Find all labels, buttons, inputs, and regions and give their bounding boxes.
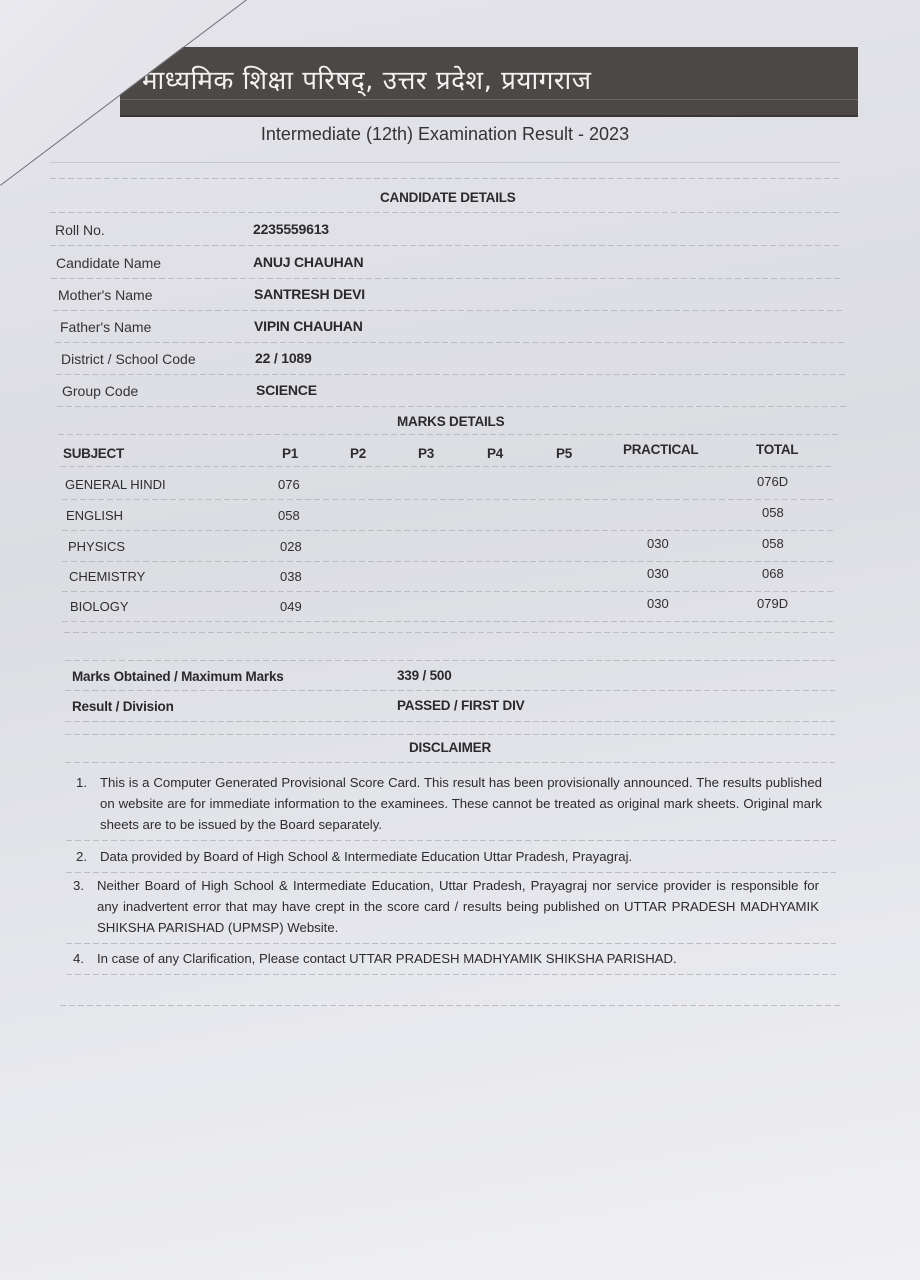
divider xyxy=(50,178,840,179)
divider xyxy=(62,561,834,562)
divider xyxy=(62,591,834,592)
marks-cell: 028 xyxy=(280,539,302,554)
item-number: 3. xyxy=(73,875,84,896)
divider xyxy=(66,943,836,944)
subject-cell: ENGLISH xyxy=(66,508,123,523)
field-label: Roll No. xyxy=(55,222,105,238)
item-number: 1. xyxy=(76,772,87,793)
field-label: Mother's Name xyxy=(58,287,152,303)
divider xyxy=(66,840,836,841)
field-value: SCIENCE xyxy=(256,382,317,398)
disclaimer-item: 3.Neither Board of High School & Interme… xyxy=(73,875,818,938)
marks-cell: 079D xyxy=(757,596,788,611)
subject-cell: GENERAL HINDI xyxy=(65,477,166,492)
item-number: 2. xyxy=(76,846,87,867)
field-label: District / School Code xyxy=(61,351,196,367)
divider xyxy=(65,762,835,763)
field-value: VIPIN CHAUHAN xyxy=(254,318,363,334)
field-value: ANUJ CHAUHAN xyxy=(253,254,363,270)
divider xyxy=(65,660,835,661)
board-banner: माध्यमिक शिक्षा परिषद्, उत्तर प्रदेश, प्… xyxy=(120,47,858,117)
divider xyxy=(55,342,845,343)
result-division-value: PASSED / FIRST DIV xyxy=(397,698,524,713)
divider xyxy=(66,974,836,975)
divider xyxy=(66,872,836,873)
column-header: P1 xyxy=(282,446,298,461)
divider xyxy=(50,212,840,213)
disclaimer-heading: DISCLAIMER xyxy=(409,740,491,755)
column-header: SUBJECT xyxy=(63,446,124,461)
column-header: PRACTICAL xyxy=(623,442,698,457)
marks-cell: 030 xyxy=(647,536,669,551)
subject-cell: BIOLOGY xyxy=(70,599,129,614)
divider xyxy=(65,721,835,722)
marks-cell: 058 xyxy=(278,508,300,523)
result-division-label: Result / Division xyxy=(72,699,174,714)
divider xyxy=(58,434,838,435)
marks-cell: 038 xyxy=(280,569,302,584)
item-text: In case of any Clarification, Please con… xyxy=(97,948,819,969)
divider xyxy=(50,162,840,163)
marks-cell: 076 xyxy=(278,477,300,492)
field-label: Candidate Name xyxy=(56,255,161,271)
marks-cell: 049 xyxy=(280,599,302,614)
divider xyxy=(51,278,841,279)
item-text: Neither Board of High School & Intermedi… xyxy=(97,875,819,938)
banner-divider xyxy=(120,99,858,100)
column-header: P4 xyxy=(487,446,503,461)
subject-cell: CHEMISTRY xyxy=(69,569,145,584)
field-value: 2235559613 xyxy=(253,221,329,237)
marks-cell: 058 xyxy=(762,505,784,520)
divider xyxy=(60,1005,840,1006)
marks-cell: 076D xyxy=(757,474,788,489)
divider xyxy=(60,466,835,467)
column-header: P2 xyxy=(350,446,366,461)
marks-obtained-label: Marks Obtained / Maximum Marks xyxy=(72,669,284,684)
divider xyxy=(56,374,846,375)
column-header: P5 xyxy=(556,446,572,461)
divider xyxy=(62,499,834,500)
field-value: SANTRESH DEVI xyxy=(254,286,365,302)
disclaimer-item: 4.In case of any Clarification, Please c… xyxy=(73,948,818,969)
column-header: P3 xyxy=(418,446,434,461)
board-title: माध्यमिक शिक्षा परिषद्, उत्तर प्रदेश, प्… xyxy=(142,61,592,97)
subject-cell: PHYSICS xyxy=(68,539,125,554)
marks-details-heading: MARKS DETAILS xyxy=(397,414,504,429)
disclaimer-item: 1.This is a Computer Generated Provision… xyxy=(76,772,821,835)
marks-cell: 068 xyxy=(762,566,784,581)
divider xyxy=(53,310,843,311)
disclaimer-item: 2.Data provided by Board of High School … xyxy=(76,846,821,867)
marks-obtained-value: 339 / 500 xyxy=(397,668,452,683)
marks-cell: 058 xyxy=(762,536,784,551)
divider xyxy=(64,632,834,633)
field-label: Group Code xyxy=(62,383,138,399)
column-header: TOTAL xyxy=(756,442,798,457)
divider xyxy=(62,530,834,531)
item-number: 4. xyxy=(73,948,84,969)
field-label: Father's Name xyxy=(60,319,151,335)
item-text: This is a Computer Generated Provisional… xyxy=(100,772,822,835)
candidate-details-heading: CANDIDATE DETAILS xyxy=(380,190,516,205)
divider xyxy=(57,406,847,407)
marks-cell: 030 xyxy=(647,596,669,611)
item-text: Data provided by Board of High School & … xyxy=(100,846,822,867)
marks-cell: 030 xyxy=(647,566,669,581)
field-value: 22 / 1089 xyxy=(255,350,312,366)
divider xyxy=(65,734,835,735)
exam-subtitle: Intermediate (12th) Examination Result -… xyxy=(0,124,890,145)
divider xyxy=(50,245,840,246)
divider xyxy=(65,690,835,691)
divider xyxy=(62,621,834,622)
